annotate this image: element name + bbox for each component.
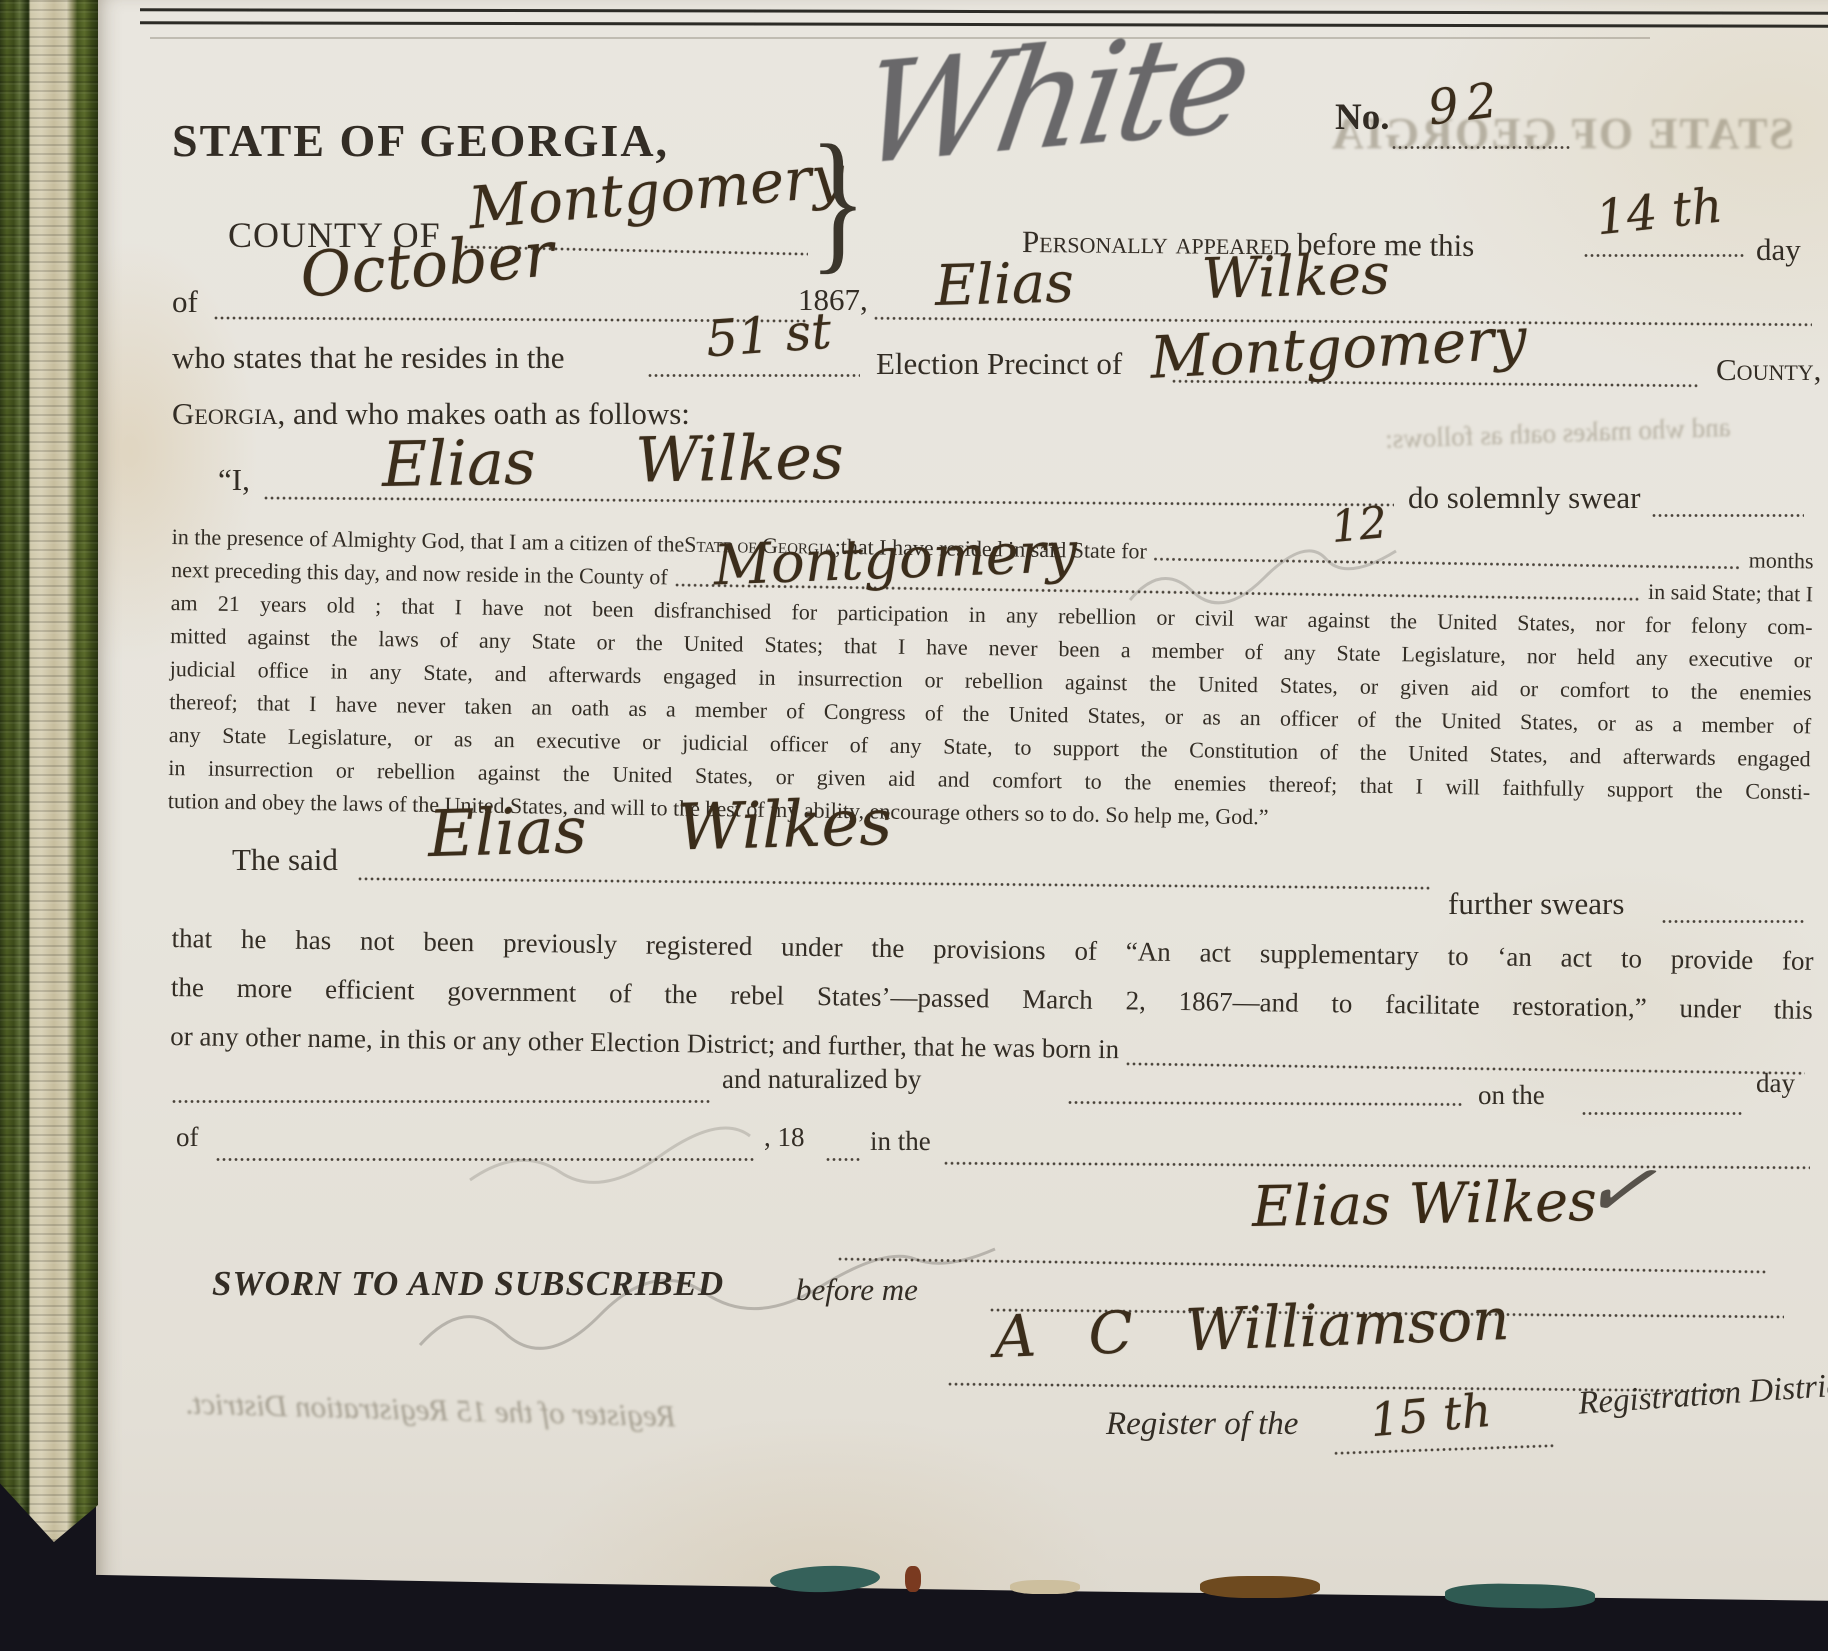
dotted-line	[1392, 146, 1570, 149]
in-the-text: in the	[870, 1126, 931, 1157]
binding-spot	[1200, 1576, 1320, 1598]
naturalized-text: and naturalized by	[722, 1064, 921, 1095]
day-word: day	[1756, 232, 1801, 268]
dotted-line	[1584, 254, 1746, 257]
curly-brace: }	[809, 122, 866, 280]
dotted-line	[1582, 1112, 1744, 1115]
oath-paragraph: in the presence of Almighty God, that I …	[168, 520, 1814, 841]
scanned-document-page: STATE OF GEORGIA and who makes oath as f…	[0, 0, 1828, 1651]
ghost-mirrored-heading: STATE OF GEORGIA	[1330, 108, 1794, 159]
georgia-word: Georgia,	[172, 396, 285, 431]
appellant-name-handwriting: Elias Wilkes	[934, 242, 1390, 319]
dotted-line	[1652, 514, 1804, 517]
oath-name-handwriting: Elias Wilkes	[381, 420, 844, 501]
said-name-handwriting: Elias Wilkes	[427, 786, 893, 872]
state-heading: STATE OF GEORGIA,	[172, 114, 669, 167]
months-value-handwriting: 12	[1329, 506, 1388, 544]
registration-paragraph: that he has not been previously register…	[170, 914, 1814, 1084]
dotted-line	[172, 1100, 712, 1103]
dotted-line	[648, 374, 860, 377]
binding-spot	[905, 1566, 921, 1592]
before-me-text: before me	[796, 1272, 918, 1308]
of-word: of	[172, 284, 198, 320]
binding-spot	[1010, 1580, 1080, 1594]
district-number-handwriting: 15 th	[1368, 1383, 1494, 1447]
sworn-text: SWORN TO AND SUBSCRIBED	[212, 1264, 724, 1304]
precinct-number-handwriting: 51 st	[704, 302, 833, 369]
binding-spot	[1445, 1583, 1595, 1610]
oath-l2-b: in said State; that I	[1648, 575, 1813, 610]
applicant-signature-handwriting: Elias Wilkes	[1251, 1169, 1597, 1240]
dotted-fill: 12	[1154, 558, 1742, 570]
further-swears-text: further swears	[1448, 886, 1624, 922]
county-value-handwriting: Montgomery	[713, 536, 1078, 583]
on-the-text: on the	[1478, 1080, 1545, 1111]
dotted-line	[1662, 920, 1804, 923]
book-page-edges	[0, 0, 98, 1542]
resides-text: who states that he resides in the	[172, 340, 565, 376]
the-said-text: The said	[232, 842, 338, 878]
record-number-label: No.	[1335, 96, 1389, 139]
county-word: County,	[1716, 352, 1821, 388]
dotted-fill	[1126, 1062, 1805, 1074]
eighteen-text: , 18	[764, 1122, 805, 1153]
i-word: “I,	[218, 462, 250, 498]
register-of-the-text: Register of the	[1106, 1406, 1298, 1443]
dotted-line	[216, 1158, 756, 1161]
do-solemnly-swear-text: do solemnly swear	[1408, 480, 1640, 516]
dotted-line	[826, 1158, 862, 1161]
of-word-2: of	[176, 1122, 199, 1153]
day-word-2: day	[1756, 1068, 1795, 1099]
oath-l1-c: months	[1749, 543, 1814, 577]
election-precinct-text: Election Precinct of	[876, 346, 1122, 382]
record-number-value: 92	[1425, 72, 1508, 137]
